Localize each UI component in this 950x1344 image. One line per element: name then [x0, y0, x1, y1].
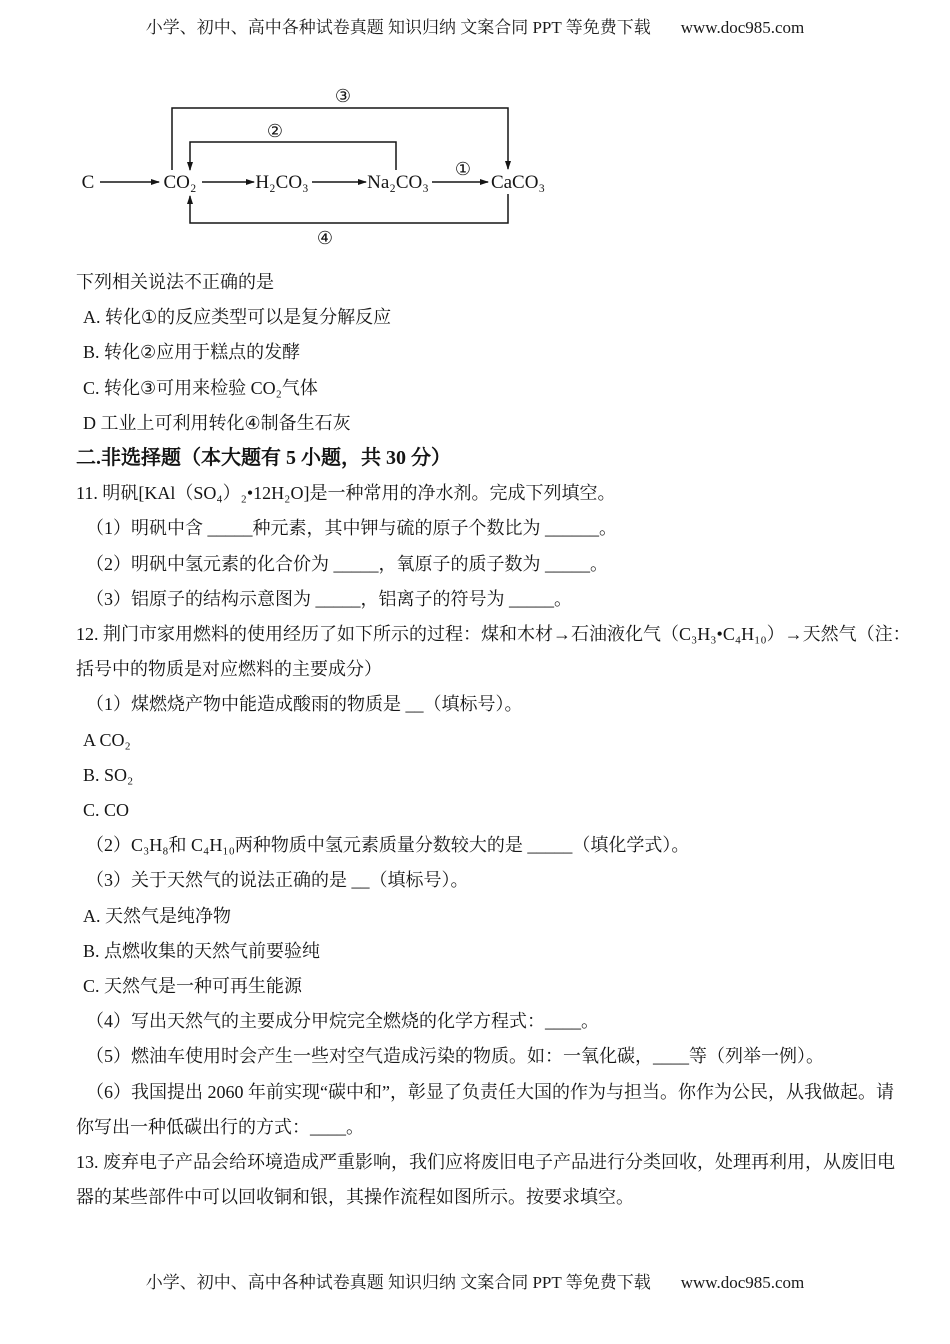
diagram-step1-label: ①: [455, 159, 471, 180]
section2-title: 二.非选择题（本大题有 5 小题，共 30 分）: [76, 441, 920, 476]
header-promo-text: 小学、初中、高中各种试卷真题 知识归纳 文案合同 PPT 等免费下载: [146, 18, 651, 37]
question13-stem-line1: 13. 废弃电子产品会给环境造成严重影响，我们应将废旧电子产品进行分类回收，处理…: [76, 1145, 920, 1180]
arrow-step2-na2co3-to-co2: [190, 142, 396, 170]
question12-part3-option-b: B. 点燃收集的天然气前要验纯: [76, 934, 920, 969]
question12-part1-option-b: B. SO₂: [76, 758, 920, 793]
diagram-node-co2: CO₂: [163, 172, 196, 193]
question13-stem-line2: 器的某些部件中可以回收铜和银，其操作流程如图所示。按要求填空。: [76, 1180, 920, 1215]
question12-part1-option-a: A CO₂: [76, 723, 920, 758]
question12-part3-option-a: A. 天然气是纯净物: [76, 899, 920, 934]
exam-document-page: 小学、初中、高中各种试卷真题 知识归纳 文案合同 PPT 等免费下载www.do…: [0, 0, 950, 1344]
question12-part2: （2）C₃H₈和 C₄H₁₀两种物质中氢元素质量分数较大的是 _____（填化学…: [76, 828, 920, 863]
diagram-node-c: C: [82, 172, 95, 193]
question12-part4: （4）写出天然气的主要成分甲烷完全燃烧的化学方程式：____。: [76, 1004, 920, 1039]
question10-stem: 下列相关说法不正确的是: [76, 265, 920, 300]
question12-part5: （5）燃油车使用时会产生一些对空气造成污染的物质。如：一氧化碳，____等（列举…: [76, 1039, 920, 1074]
diagram-step2-label: ②: [267, 121, 283, 142]
diagram-node-h2co3: H₂CO₃: [255, 172, 308, 193]
footer-site-url: www.doc985.com: [681, 1273, 805, 1292]
question11-part3: （3）铝原子的结构示意图为 _____，铝离子的符号为 _____。: [76, 582, 920, 617]
diagram-node-na2co3: Na₂CO₃: [367, 172, 429, 193]
diagram-step3-label: ③: [335, 86, 351, 107]
diagram-node-caco3: CaCO₃: [491, 172, 545, 193]
conversion-diagram: C CO₂ H₂CO₃ Na₂CO₃ CaCO₃ ① ② ③ ④: [60, 75, 620, 255]
question12-stem-line2: 括号中的物质是对应燃料的主要成分）: [76, 652, 920, 687]
header-site-url: www.doc985.com: [681, 18, 805, 37]
question12-part6-line1: （6）我国提出 2060 年前实现“碳中和”，彰显了负责任大国的作为与担当。你作…: [76, 1075, 920, 1110]
arrow-step4-caco3-to-co2: [190, 194, 508, 223]
page-footer: 小学、初中、高中各种试卷真题 知识归纳 文案合同 PPT 等免费下载www.do…: [0, 1268, 950, 1293]
question12-part6-line2: 你写出一种低碳出行的方式：____。: [76, 1110, 920, 1145]
page-header: 小学、初中、高中各种试卷真题 知识归纳 文案合同 PPT 等免费下载www.do…: [0, 13, 950, 38]
question11-part1: （1）明矾中含 _____种元素，其中钾与硫的原子个数比为 ______。: [76, 511, 920, 546]
question10-option-b: B. 转化②应用于糕点的发酵: [76, 335, 920, 370]
question12-part1-option-c: C. CO: [76, 793, 920, 828]
question11-stem: 11. 明矾[KAl（SO₄）₂•12H₂O]是一种常用的净水剂。完成下列填空。: [76, 476, 920, 511]
question10-option-c: C. 转化③可用来检验 CO₂气体: [76, 371, 920, 406]
question12-part3: （3）关于天然气的说法正确的是 __（填标号）。: [76, 863, 920, 898]
question12-part3-option-c: C. 天然气是一种可再生能源: [76, 969, 920, 1004]
question10-option-d: D 工业上可利用转化④制备生石灰: [76, 406, 920, 441]
question10-option-a: A. 转化①的反应类型可以是复分解反应: [76, 300, 920, 335]
diagram-step4-label: ④: [317, 228, 333, 249]
question11-part2: （2）明矾中氢元素的化合价为 _____，氧原子的质子数为 _____。: [76, 547, 920, 582]
footer-promo-text: 小学、初中、高中各种试卷真题 知识归纳 文案合同 PPT 等免费下载: [146, 1273, 651, 1292]
question12-part1: （1）煤燃烧产物中能造成酸雨的物质是 __（填标号）。: [76, 687, 920, 722]
question12-stem-line1: 12. 荆门市家用燃料的使用经历了如下所示的过程：煤和木材→石油液化气（C₃H₃…: [76, 617, 920, 652]
exam-body: 下列相关说法不正确的是 A. 转化①的反应类型可以是复分解反应 B. 转化②应用…: [76, 265, 920, 1215]
